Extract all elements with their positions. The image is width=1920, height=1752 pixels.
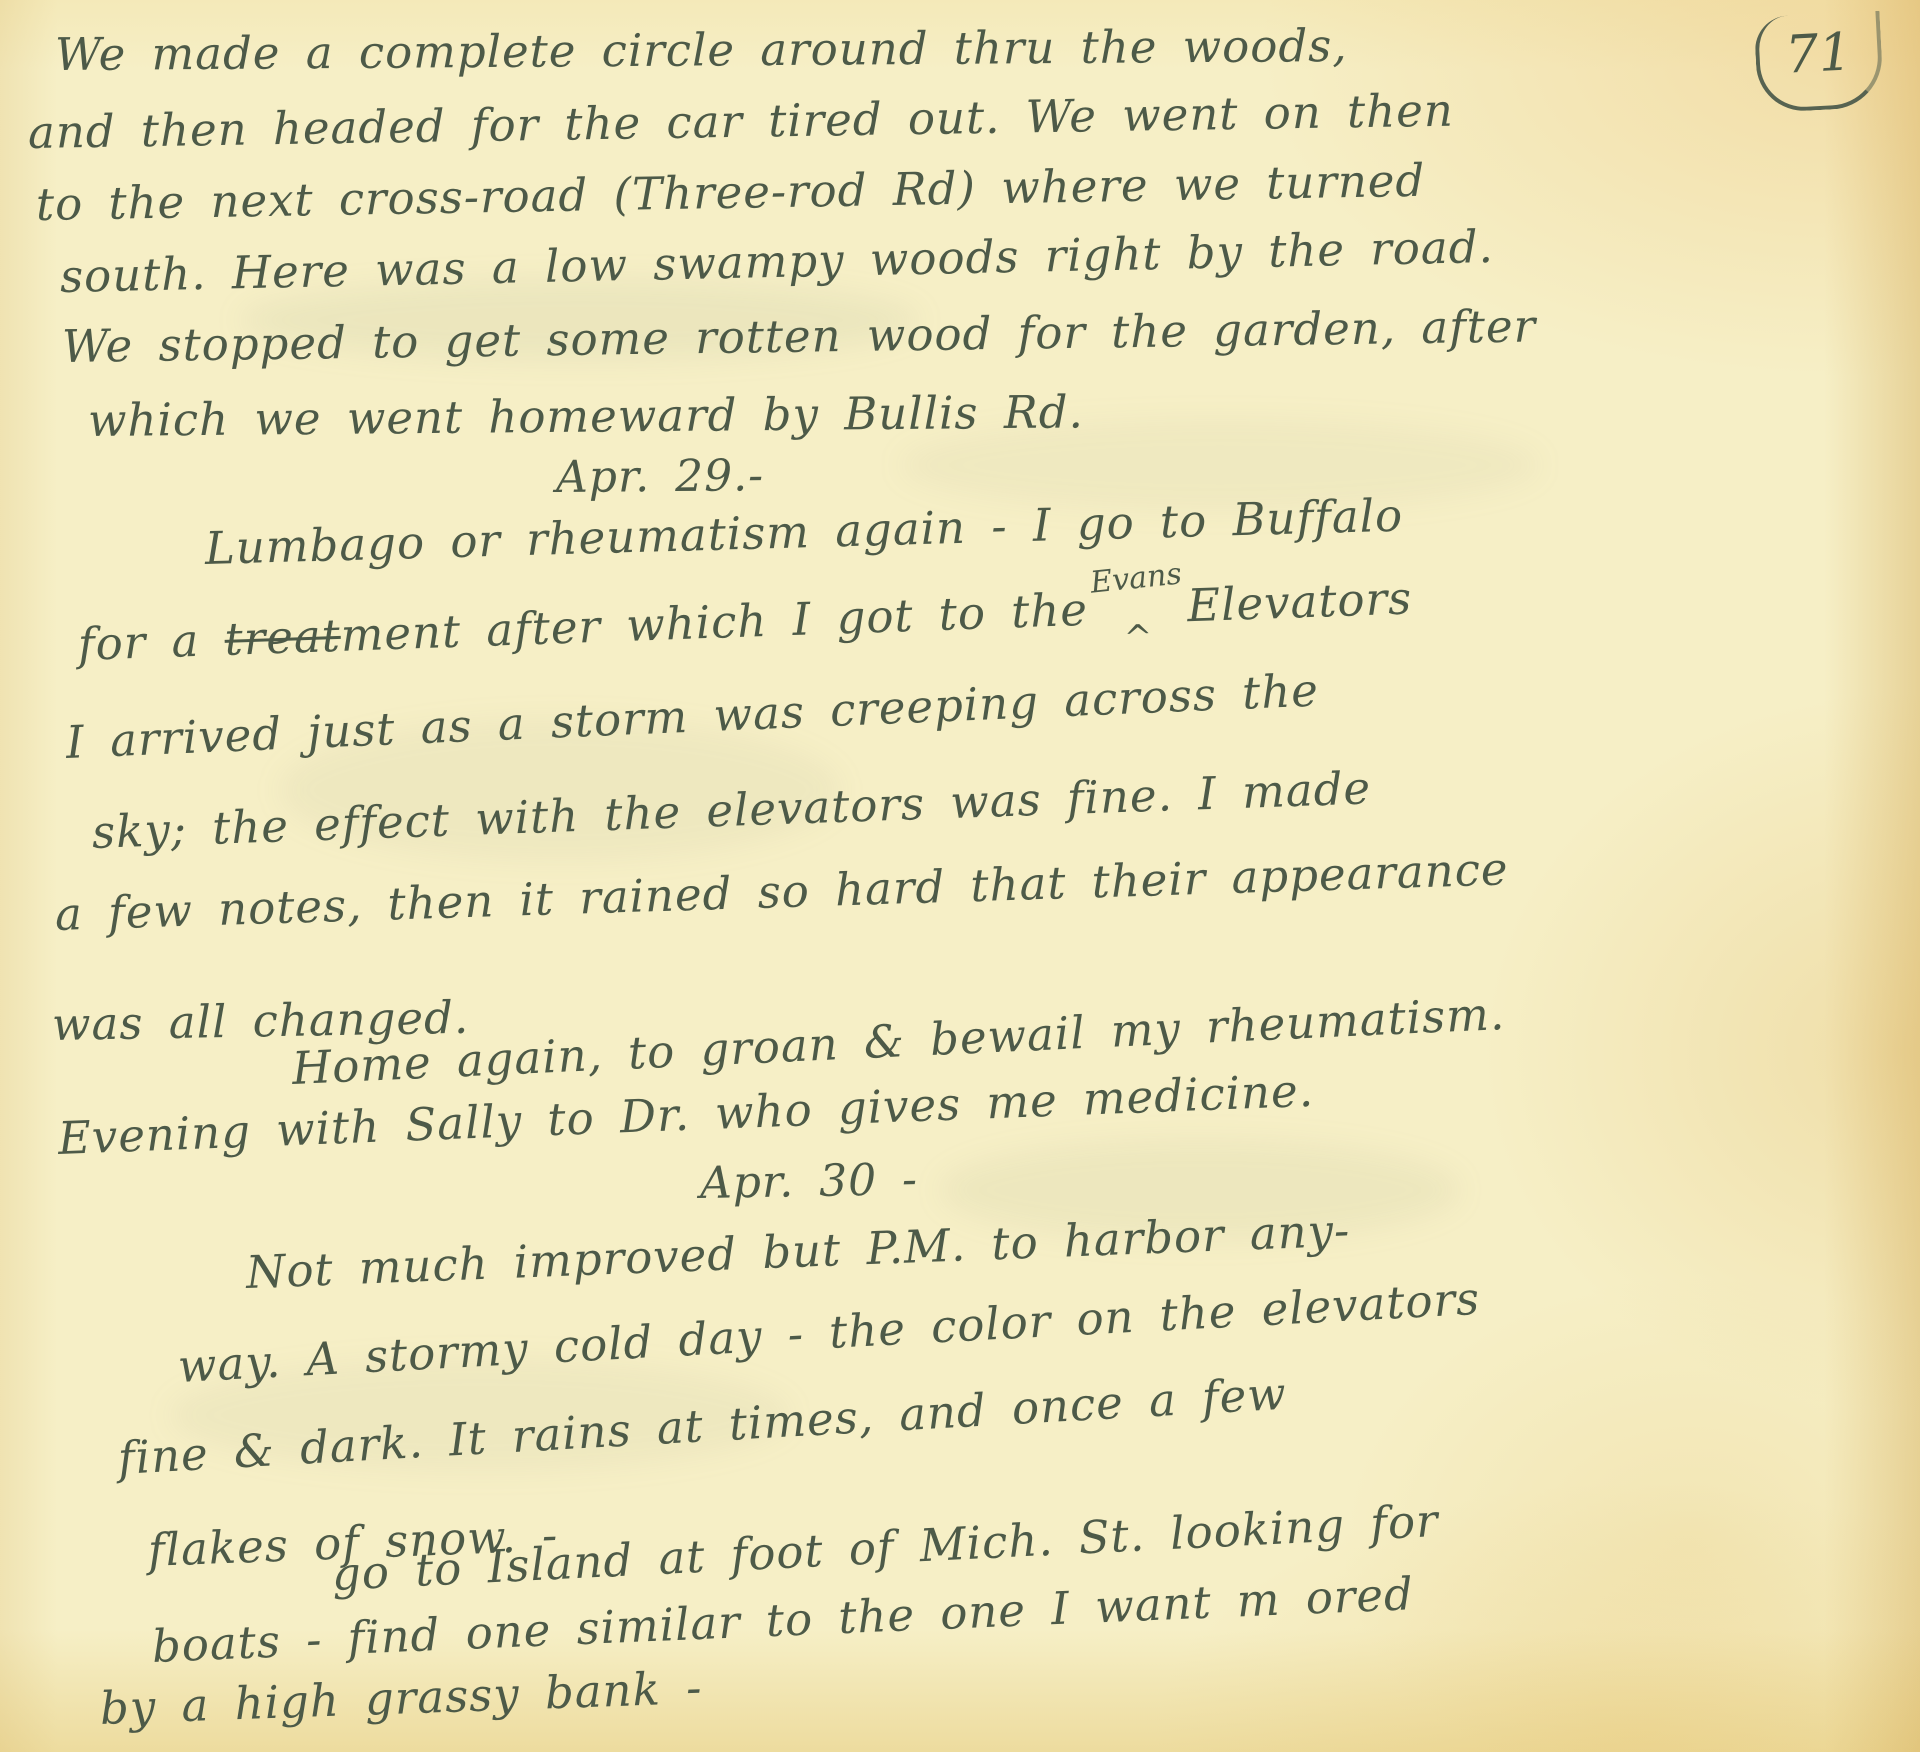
caret-mark: ^ [1093,626,1185,650]
handwritten-line-with-correction: for a treatment after which I got to the… [77,571,1413,671]
entry-date-apr-29: Apr. 29.- [556,450,764,503]
handwritten-line: by a high grassy bank - [99,1661,703,1735]
line-text: for a [77,613,225,671]
handwritten-line: a few notes, then it rained so hard that… [54,842,1509,941]
handwritten-line: Lumbago or rheumatism again - I go to Bu… [204,489,1404,575]
handwritten-line: We made a complete circle around thru th… [55,19,1348,81]
handwritten-line: to the next cross-road (Three-rod Rd) wh… [36,154,1426,231]
handwritten-line: Not much improved but P.M. to harbor any… [245,1204,1351,1299]
page-number: 71 [1754,11,1885,113]
handwritten-line: We stopped to get some rotten wood for t… [62,299,1537,373]
handwritten-line: sky; the effect with the elevators was f… [91,761,1372,859]
entry-date-apr-30: Apr. 30 - [700,1154,919,1209]
handwritten-line: and then headed for the car tired out. W… [28,84,1455,159]
handwritten-line: Evening with Sally to Dr. who gives me m… [57,1064,1315,1165]
inserted-word: Evans^ [1091,582,1184,624]
line-text: ment after which I got to the [340,583,1089,662]
line-text: Elevators [1186,571,1413,632]
struck-out-word: treat [224,609,342,666]
insertion-text: Evans [1090,565,1183,592]
handwritten-line: I arrived just as a storm was creeping a… [65,664,1320,769]
handwritten-line: which we went homeward by Bullis Rd. [88,385,1084,447]
handwritten-line: south. Here was a low swampy woods right… [59,220,1494,303]
journal-page: 71 We made a complete circle around thru… [0,0,1920,1752]
